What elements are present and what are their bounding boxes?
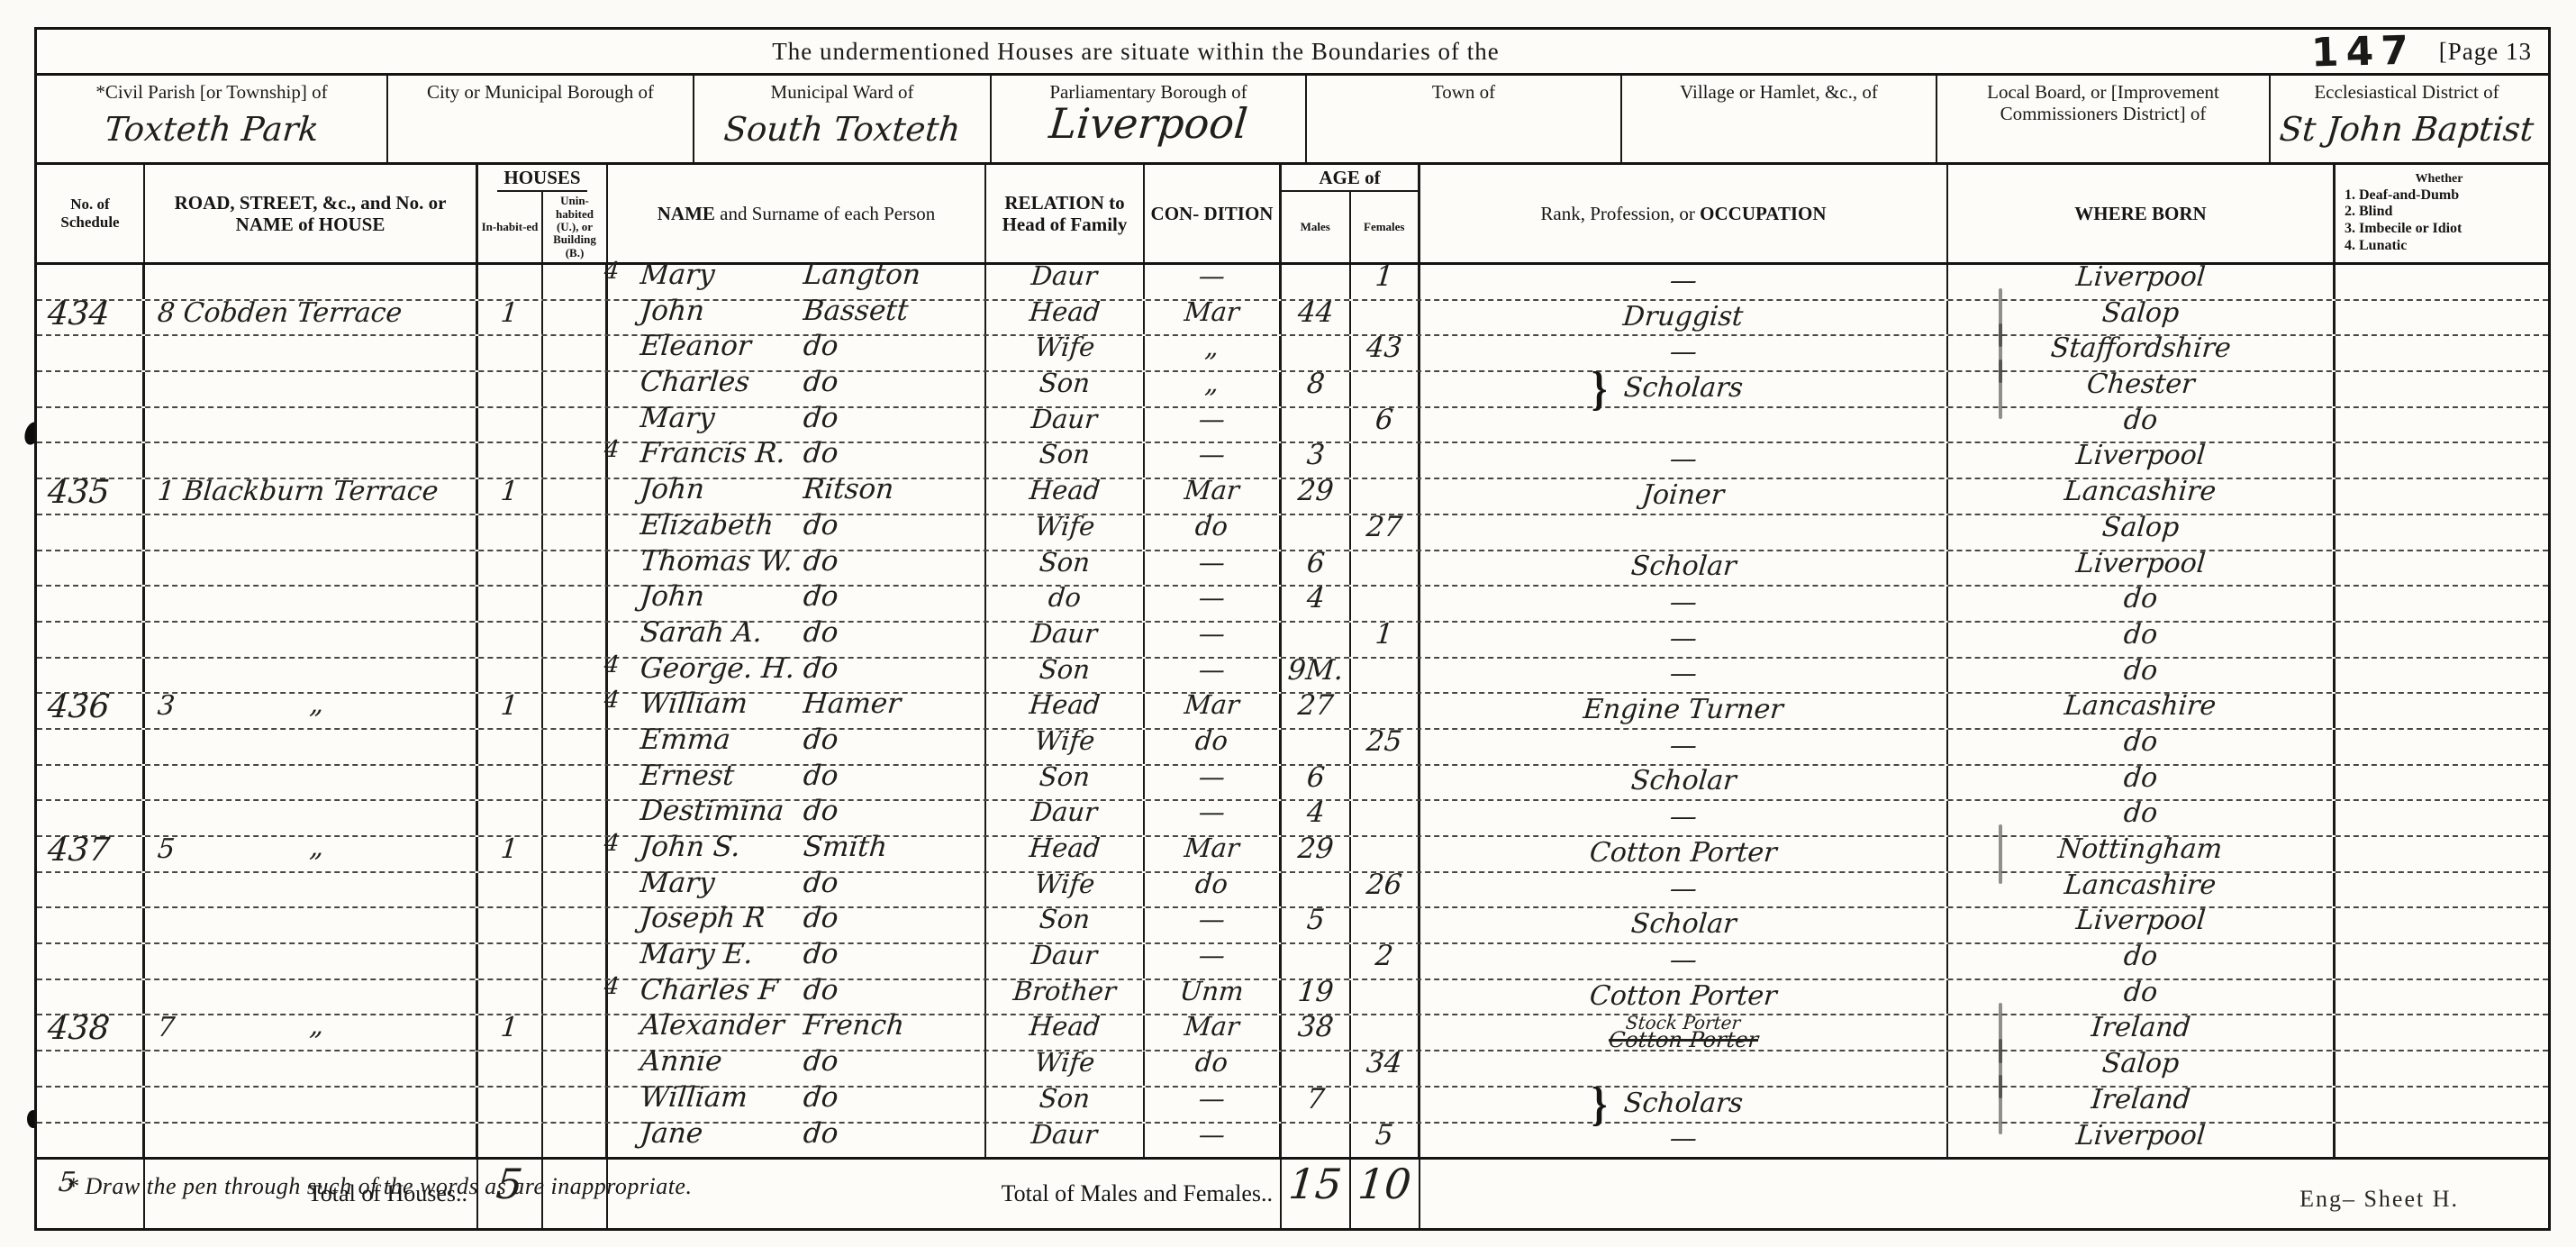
where-born-cell: do: [1948, 766, 2336, 800]
table-row: EmmadoWifedo25—do: [37, 730, 2548, 766]
infirmity-cell: [2336, 1124, 2539, 1158]
road-cell: [145, 587, 478, 621]
road-cell: [145, 1088, 478, 1122]
age-males-cell: [1282, 515, 1351, 550]
inhabited-cell: [478, 944, 543, 978]
table-row: Sarah A.doDaur—1—do: [37, 623, 2548, 659]
inhabited-cell: [478, 980, 543, 1015]
road-cell: 3„: [145, 694, 478, 728]
sheet-title: The undermentioned Houses are situate wi…: [37, 38, 2235, 66]
geo-civil-parish: *Civil Parish [or Township] of Toxteth P…: [37, 76, 388, 162]
age-females-cell: 25: [1351, 730, 1420, 764]
condition-cell: —: [1145, 659, 1282, 693]
relation-cell: Son: [986, 551, 1145, 586]
geo-local-board: Local Board, or [Improvement Commissione…: [1937, 76, 2271, 162]
condition-cell: —: [1145, 265, 1282, 299]
road-cell: [145, 873, 478, 907]
uninhabited-cell: [543, 372, 608, 406]
where-born-cell: Lancashire: [1948, 479, 2336, 514]
condition-cell: Unm: [1145, 980, 1282, 1015]
age-females-cell: 26: [1351, 873, 1420, 907]
where-born-cell: do: [1948, 730, 2336, 764]
table-row: WilliamdoSon—7}ScholarsIreland: [37, 1088, 2548, 1124]
occupation-cell: —: [1420, 265, 1948, 299]
condition-cell: do: [1145, 873, 1282, 907]
where-born-cell: Liverpool: [1948, 443, 2336, 478]
road-cell: [145, 515, 478, 550]
relation-cell: Head: [986, 301, 1145, 335]
age-males-cell: 5: [1282, 908, 1351, 942]
relation-cell: Son: [986, 659, 1145, 693]
condition-cell: —: [1145, 944, 1282, 978]
col-infirmity: Whether 1. Deaf-and-Dumb 2. Blind 3. Imb…: [2336, 165, 2539, 262]
geo-value-ward: South Toxteth: [693, 110, 992, 149]
relation-cell: Wife: [986, 873, 1145, 907]
infirmity-cell: [2336, 443, 2539, 478]
uninhabited-cell: [543, 766, 608, 800]
table-row: ErnestdoSon—6Scholardo: [37, 766, 2548, 802]
inhabited-cell: [478, 801, 543, 835]
road-cell: [145, 551, 478, 586]
occupation-cell: Scholar: [1420, 908, 1948, 942]
age-females-cell: [1351, 908, 1420, 942]
schedule-cell: 434: [37, 301, 145, 335]
road-cell: [145, 980, 478, 1015]
where-born-cell: Lancashire: [1948, 694, 2336, 728]
occupation-cell: }Scholars: [1420, 372, 1948, 406]
where-born-cell: do: [1948, 944, 2336, 978]
uninhabited-cell: [543, 265, 608, 299]
where-born-cell: do: [1948, 659, 2336, 693]
schedule-cell: [37, 515, 145, 550]
where-born-cell: do: [1948, 623, 2336, 657]
age-females-cell: [1351, 1015, 1420, 1051]
schedule-cell: [37, 265, 145, 299]
age-males-cell: [1282, 730, 1351, 764]
age-females-cell: 5: [1351, 1124, 1420, 1158]
occupation-cell: —: [1420, 587, 1948, 621]
infirmity-cell: [2336, 301, 2539, 335]
folio-stamp: 147: [2310, 27, 2416, 76]
inhabited-cell: [478, 873, 543, 907]
table-row: 4Charles FdoBrotherUnm19Cotton Porterdo: [37, 980, 2548, 1016]
infirmity-cell: [2336, 551, 2539, 586]
col-males: Males: [1282, 192, 1351, 262]
schedule-cell: [37, 801, 145, 835]
condition-cell: —: [1145, 1124, 1282, 1158]
occupation-cell: —: [1420, 659, 1948, 693]
condition-cell: do: [1145, 1051, 1282, 1086]
relation-cell: Brother: [986, 980, 1145, 1015]
table-row: MarydoDaur—6do: [37, 408, 2548, 444]
schedule-cell: [37, 1124, 145, 1158]
inhabited-cell: [478, 730, 543, 764]
inhabited-cell: [478, 1124, 543, 1158]
table-row: 4351 Blackburn Terrace1JohnRitsonHeadMar…: [37, 479, 2548, 515]
infirmity-cell: [2336, 873, 2539, 907]
condition-cell: „: [1145, 372, 1282, 406]
age-females-cell: 27: [1351, 515, 1420, 550]
inhabited-cell: [478, 659, 543, 693]
census-sheet: The undermentioned Houses are situate wi…: [34, 27, 2551, 1231]
where-born-cell: Salop: [1948, 515, 2336, 550]
relation-cell: Head: [986, 479, 1145, 514]
census-rows: 4MaryLangtonDaur—1—Liverpool4348 Cobden …: [37, 265, 2548, 1157]
road-cell: [145, 1051, 478, 1086]
infirmity-cell: [2336, 1088, 2539, 1122]
table-row: JanedoDaur—5—Liverpool: [37, 1124, 2548, 1158]
schedule-cell: 437: [37, 837, 145, 871]
col-road: ROAD, STREET, &c., and No. or NAME of HO…: [145, 165, 478, 262]
geography-row: *Civil Parish [or Township] of Toxteth P…: [37, 76, 2548, 165]
road-cell: [145, 623, 478, 657]
inhabited-cell: 1: [478, 1015, 543, 1051]
uninhabited-cell: [543, 730, 608, 764]
road-cell: [145, 336, 478, 370]
condition-cell: —: [1145, 908, 1282, 942]
inhabited-cell: [478, 587, 543, 621]
road-cell: [145, 265, 478, 299]
uninhabited-cell: [543, 587, 608, 621]
schedule-cell: [37, 944, 145, 978]
table-row: 4348 Cobden Terrace1JohnBassettHeadMar44…: [37, 301, 2548, 337]
relation-cell: Son: [986, 908, 1145, 942]
geo-value-ecclesiastical: St John Baptist: [2269, 110, 2544, 149]
age-males-cell: 38: [1282, 1015, 1351, 1051]
where-born-cell: Liverpool: [1948, 551, 2336, 586]
road-cell: 8 Cobden Terrace: [145, 301, 478, 335]
occupation-cell: —: [1420, 730, 1948, 764]
age-females-cell: 6: [1351, 408, 1420, 442]
road-cell: [145, 443, 478, 478]
where-born-cell: do: [1948, 980, 2336, 1015]
col-uninhabited: Unin-habited (U.), or Building (B.): [543, 192, 606, 262]
age-males-cell: 19: [1282, 980, 1351, 1015]
title-strip: The undermentioned Houses are situate wi…: [37, 30, 2548, 76]
table-row: Joseph RdoSon—5ScholarLiverpool: [37, 908, 2548, 944]
condition-cell: Mar: [1145, 301, 1282, 335]
occupation-cell: Joiner: [1420, 479, 1948, 514]
age-females-cell: [1351, 659, 1420, 693]
col-where-born: WHERE BORN: [1948, 165, 2336, 262]
total-females-value: 10: [1351, 1160, 1420, 1228]
uninhabited-cell: [543, 659, 608, 693]
age-females-cell: [1351, 837, 1420, 871]
where-born-cell: Liverpool: [1948, 908, 2336, 942]
age-females-cell: [1351, 551, 1420, 586]
inhabited-cell: 1: [478, 301, 543, 335]
occupation-cell: —: [1420, 336, 1948, 370]
age-females-cell: [1351, 587, 1420, 621]
age-females-cell: 2: [1351, 944, 1420, 978]
infirmity-cell: [2336, 372, 2539, 406]
inhabited-cell: [478, 766, 543, 800]
age-males-cell: 7: [1282, 1088, 1351, 1122]
infirmity-cell: [2336, 623, 2539, 657]
col-houses: HOUSES: [497, 165, 586, 192]
condition-cell: —: [1145, 1088, 1282, 1122]
inhabited-cell: [478, 551, 543, 586]
geo-value-parliamentary: Liverpool: [990, 99, 1308, 148]
road-cell: [145, 766, 478, 800]
age-males-cell: 27: [1282, 694, 1351, 728]
occupation-cell: Engine Turner: [1420, 694, 1948, 728]
infirmity-cell: [2336, 1051, 2539, 1086]
occupation-cell: }Scholars: [1420, 1088, 1948, 1122]
column-header-row: No. of Schedule ROAD, STREET, &c., and N…: [37, 165, 2548, 265]
table-row: 4363„14WilliamHamerHeadMar27Engine Turne…: [37, 694, 2548, 730]
age-males-cell: [1282, 944, 1351, 978]
uninhabited-cell: [543, 980, 608, 1015]
occupation-cell: —: [1420, 944, 1948, 978]
infirmity-cell: [2336, 694, 2539, 728]
uninhabited-cell: [543, 1088, 608, 1122]
occupation-cell: —: [1420, 623, 1948, 657]
table-row: Thomas W.doSon—6ScholarLiverpool: [37, 551, 2548, 587]
relation-cell: Son: [986, 372, 1145, 406]
road-cell: [145, 372, 478, 406]
inhabited-cell: [478, 372, 543, 406]
age-females-cell: 1: [1351, 265, 1420, 299]
relation-cell: Son: [986, 443, 1145, 478]
relation-cell: Daur: [986, 944, 1145, 978]
relation-cell: Head: [986, 694, 1145, 728]
age-females-cell: [1351, 301, 1420, 335]
age-males-cell: [1282, 336, 1351, 370]
condition-cell: —: [1145, 408, 1282, 442]
table-row: CharlesdoSon„8}ScholarsChester: [37, 372, 2548, 408]
occupation-cell: Scholar: [1420, 766, 1948, 800]
col-inhabited: In-habit-ed: [478, 192, 543, 262]
schedule-cell: [37, 336, 145, 370]
age-males-cell: [1282, 265, 1351, 299]
occupation-cell: Stock PorterCotton Porter: [1420, 1015, 1948, 1051]
where-born-cell: Liverpool: [1948, 1124, 2336, 1158]
schedule-cell: [37, 873, 145, 907]
infirmity-cell: [2336, 265, 2539, 299]
inhabited-cell: [478, 623, 543, 657]
census-page: The undermentioned Houses are situate wi…: [0, 0, 2576, 1247]
uninhabited-cell: [543, 801, 608, 835]
uninhabited-cell: [543, 837, 608, 871]
occupation-cell: —: [1420, 443, 1948, 478]
condition-cell: Mar: [1145, 479, 1282, 514]
road-cell: [145, 908, 478, 942]
inhabited-cell: [478, 1051, 543, 1086]
table-row: 4George. H.doSon—9M.—do: [37, 659, 2548, 695]
geo-town: Town of: [1307, 76, 1622, 162]
table-row: 4375„14John S.SmithHeadMar29Cotton Porte…: [37, 837, 2548, 873]
schedule-cell: [37, 980, 145, 1015]
age-females-cell: [1351, 801, 1420, 835]
table-row: ElizabethdoWifedo27Salop: [37, 515, 2548, 551]
infirmity-cell: [2336, 479, 2539, 514]
table-row: EleanordoWife„43—Staffordshire: [37, 336, 2548, 372]
geo-village: Village or Hamlet, &c., of: [1622, 76, 1937, 162]
name-cell: Emmado: [608, 730, 986, 764]
road-cell: [145, 659, 478, 693]
age-males-cell: [1282, 873, 1351, 907]
uninhabited-cell: [543, 1015, 608, 1051]
infirmity-cell: [2336, 801, 2539, 835]
occupation-cell: —: [1420, 1124, 1948, 1158]
uninhabited-cell: [543, 408, 608, 442]
occupation-cell: [1420, 515, 1948, 550]
schedule-cell: [37, 551, 145, 586]
schedule-cell: [37, 623, 145, 657]
sheet-number: Eng– Sheet H.: [2299, 1186, 2459, 1213]
schedule-cell: [37, 372, 145, 406]
uninhabited-cell: [543, 623, 608, 657]
table-row: 4Francis R.doSon—3—Liverpool: [37, 443, 2548, 479]
age-females-cell: [1351, 1088, 1420, 1122]
geo-ward: Municipal Ward of South Toxteth: [694, 76, 992, 162]
where-born-cell: Nottingham: [1948, 837, 2336, 871]
infirmity-cell: [2336, 515, 2539, 550]
age-males-cell: 6: [1282, 766, 1351, 800]
age-males-cell: 44: [1282, 301, 1351, 335]
uninhabited-cell: [543, 515, 608, 550]
condition-cell: —: [1145, 551, 1282, 586]
age-females-cell: 1: [1351, 623, 1420, 657]
age-males-cell: 3: [1282, 443, 1351, 478]
page-number-block: 147 [Page 13: [2235, 29, 2548, 75]
uninhabited-cell: [543, 479, 608, 514]
age-females-cell: [1351, 766, 1420, 800]
uninhabited-cell: [543, 1124, 608, 1158]
condition-cell: Mar: [1145, 1015, 1282, 1051]
uninhabited-cell: [543, 301, 608, 335]
name-cell: Sarah A.do: [608, 623, 986, 657]
age-males-cell: 8: [1282, 372, 1351, 406]
age-females-cell: [1351, 694, 1420, 728]
schedule-cell: [37, 766, 145, 800]
col-condition: CON- DITION: [1145, 165, 1282, 262]
relation-cell: Wife: [986, 336, 1145, 370]
where-born-cell: Chester: [1948, 372, 2336, 406]
inhabited-cell: [478, 443, 543, 478]
infirmity-cell: [2336, 908, 2539, 942]
geo-ecclesiastical: Ecclesiastical District of St John Bapti…: [2271, 76, 2543, 162]
infirmity-cell: [2336, 659, 2539, 693]
table-row: DestiminadoDaur—4—do: [37, 801, 2548, 837]
where-born-cell: Staffordshire: [1948, 336, 2336, 370]
geo-value-civil-parish: Toxteth Park: [35, 110, 388, 149]
page-number: [Page 13: [2439, 38, 2532, 66]
col-houses-group: HOUSES In-habit-ed Unin-habited (U.), or…: [478, 165, 608, 262]
schedule-cell: 436: [37, 694, 145, 728]
where-born-cell: Ireland: [1948, 1088, 2336, 1122]
condition-cell: —: [1145, 801, 1282, 835]
age-females-cell: [1351, 372, 1420, 406]
condition-cell: do: [1145, 730, 1282, 764]
geo-borough: City or Municipal Borough of: [388, 76, 694, 162]
age-females-cell: 43: [1351, 336, 1420, 370]
col-relation: RELATION to Head of Family: [986, 165, 1145, 262]
footnote: * Draw the pen through such of the words…: [67, 1173, 692, 1200]
relation-cell: Daur: [986, 1124, 1145, 1158]
age-males-cell: 4: [1282, 587, 1351, 621]
inhabited-cell: [478, 265, 543, 299]
condition-cell: Mar: [1145, 694, 1282, 728]
age-males-cell: [1282, 1124, 1351, 1158]
inhabited-cell: 1: [478, 837, 543, 871]
schedule-cell: 435: [37, 479, 145, 514]
inhabited-cell: [478, 515, 543, 550]
where-born-cell: Lancashire: [1948, 873, 2336, 907]
age-males-cell: 6: [1282, 551, 1351, 586]
total-persons-label: Total of Males and Females..: [608, 1160, 1282, 1228]
age-females-cell: 34: [1351, 1051, 1420, 1086]
occupation-cell: Cotton Porter: [1420, 980, 1948, 1015]
where-born-cell: Liverpool: [1948, 265, 2336, 299]
uninhabited-cell: [543, 551, 608, 586]
where-born-cell: do: [1948, 408, 2336, 442]
age-males-cell: [1282, 1051, 1351, 1086]
condition-cell: Mar: [1145, 837, 1282, 871]
inhabited-cell: 1: [478, 694, 543, 728]
condition-cell: —: [1145, 443, 1282, 478]
relation-cell: do: [986, 587, 1145, 621]
name-cell: Elizabethdo: [608, 515, 986, 550]
inhabited-cell: 1: [478, 479, 543, 514]
table-row: Mary E.doDaur—2—do: [37, 944, 2548, 980]
age-males-cell: 9M.: [1282, 659, 1351, 693]
road-cell: [145, 801, 478, 835]
where-born-cell: do: [1948, 801, 2336, 835]
uninhabited-cell: [543, 443, 608, 478]
inhabited-cell: [478, 908, 543, 942]
relation-cell: Wife: [986, 1051, 1145, 1086]
infirmity-cell: [2336, 587, 2539, 621]
col-schedule: No. of Schedule: [37, 165, 145, 262]
relation-cell: Head: [986, 837, 1145, 871]
road-cell: [145, 730, 478, 764]
relation-cell: Daur: [986, 265, 1145, 299]
occupation-cell: Scholar: [1420, 551, 1948, 586]
table-row: Johndodo—4—do: [37, 587, 2548, 623]
relation-cell: Son: [986, 1088, 1145, 1122]
occupation-cell: —: [1420, 873, 1948, 907]
geo-parliamentary: Parliamentary Borough of Liverpool: [992, 76, 1307, 162]
inhabited-cell: [478, 408, 543, 442]
uninhabited-cell: [543, 944, 608, 978]
infirmity-cell: [2336, 730, 2539, 764]
table-row: MarydoWifedo26—Lancashire: [37, 873, 2548, 909]
occupation-cell: [1420, 408, 1948, 442]
name-cell: Janedo: [608, 1124, 986, 1158]
where-born-cell: Salop: [1948, 301, 2336, 335]
table-row: 4387„1AlexanderFrenchHeadMar38Stock Port…: [37, 1015, 2548, 1051]
road-cell: [145, 944, 478, 978]
schedule-cell: [37, 408, 145, 442]
uninhabited-cell: [543, 908, 608, 942]
occupation-cell: Druggist: [1420, 301, 1948, 335]
condition-cell: —: [1145, 623, 1282, 657]
name-cell: Williamdo: [608, 1088, 986, 1122]
uninhabited-cell: [543, 1051, 608, 1086]
inhabited-cell: [478, 336, 543, 370]
col-females: Females: [1351, 192, 1419, 262]
where-born-cell: Ireland: [1948, 1015, 2336, 1051]
schedule-cell: [37, 1088, 145, 1122]
infirmity-cell: [2336, 980, 2539, 1015]
relation-cell: Daur: [986, 801, 1145, 835]
col-age: AGE of: [1302, 165, 1398, 190]
age-males-cell: [1282, 623, 1351, 657]
schedule-cell: [37, 1051, 145, 1086]
age-males-cell: 29: [1282, 479, 1351, 514]
